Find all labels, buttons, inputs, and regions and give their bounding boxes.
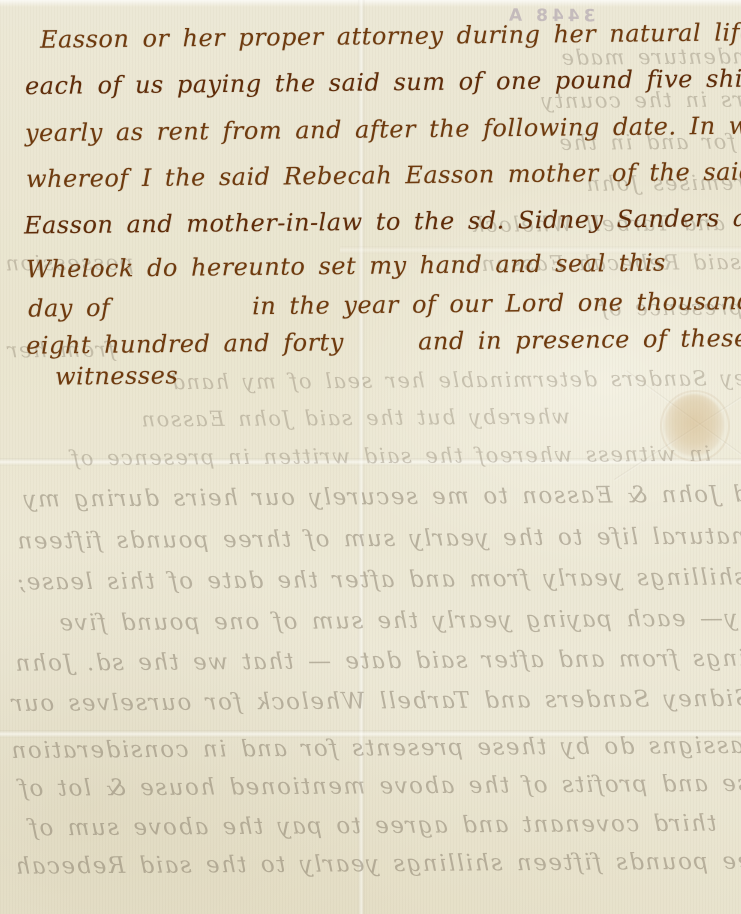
ghost-text-line: third covenant and agree to pay the abov… [28, 811, 717, 842]
ghost-text: whereby but the said John Easson [140, 404, 570, 431]
ghost-text: in witness whereof the said written in p… [70, 442, 711, 470]
manuscript-text: eight hundred and forty [26, 328, 344, 359]
manuscript-line: witnesses [55, 361, 178, 390]
manuscript-text: Whelock do hereunto set my hand and seal… [26, 249, 666, 284]
paper-top-edge [0, 0, 741, 7]
manuscript-line: eight hundred and forty and in presence … [0, 324, 741, 332]
letter-page: 3448 A Indenture made Sanders in the cou… [0, 0, 741, 914]
manuscript-text: and in presence of these [418, 324, 741, 355]
manuscript-text: witnesses [55, 361, 178, 390]
ghost-text-line: shillings yearly from and after the date… [16, 564, 741, 595]
ghost-text-line: heirs or assigns do by these presents fo… [10, 732, 741, 764]
manuscript-text: in the year of our Lord one thousand [252, 287, 741, 320]
ghost-text-line: y— each paying yearly the sum of one pou… [58, 606, 738, 637]
ghost-text-line: three pounds fifteen shillings yearly to… [14, 848, 741, 879]
ghost-text-line: natural life to the yearly sum of three … [16, 523, 741, 554]
ghost-text-line: said John & Easson to me securely our he… [22, 481, 741, 512]
manuscript-text: day of [28, 294, 110, 323]
ghost-text-line: shillings from and after said date — tha… [14, 645, 741, 677]
manuscript-line: Whelock do hereunto set my hand and seal… [26, 249, 666, 284]
ghost-text: Sidney Sanders determinable her seal of … [170, 366, 741, 394]
ghost-text-line: Easson, Sidney Sanders and Tarbell Whelo… [10, 685, 741, 717]
ghost-text-line: of the use and profits of the above ment… [18, 770, 741, 802]
manuscript-line: day of in the year of our Lord one thous… [0, 287, 741, 295]
